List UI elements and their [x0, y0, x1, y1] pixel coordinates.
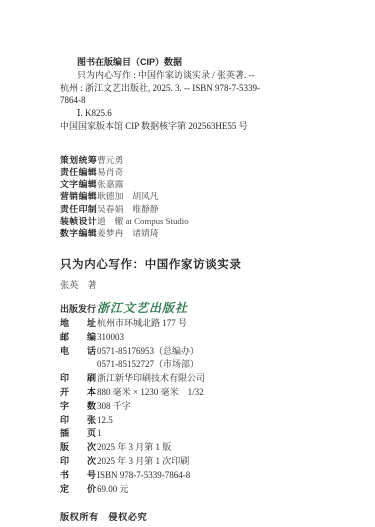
credit-value: 姜梦冉 诸婧琦: [97, 227, 159, 239]
credit-value: 张嘉露: [97, 178, 123, 190]
credit-value: 吴春娟 唯静静: [97, 203, 159, 215]
credit-label: 责任印制: [60, 203, 97, 215]
publication-row: 书 号 ISBN 978-7-5339-7864-8: [60, 469, 345, 483]
copyright-page: 图书在版编目（CIP）数据 只为内心写作 : 中国作家访谈实录 / 张英著. -…: [0, 0, 375, 527]
row-label: 版 次: [60, 441, 97, 455]
title-block: 只为内心写作：中国作家访谈实录 张英 著: [60, 256, 345, 291]
cip-block: 图书在版编目（CIP）数据 只为内心写作 : 中国作家访谈实录 / 张英著. -…: [60, 56, 345, 133]
row-value: 12.5: [97, 414, 113, 428]
row-label: 印 张: [60, 414, 97, 428]
publication-row: 版 次 2025 年 3 月第 1 版: [60, 441, 345, 455]
row-label: 邮 编: [60, 331, 97, 345]
publication-details: 出版发行 浙江文艺出版社 地 址 杭州市环城北路 177 号 邮 编 31000…: [60, 303, 345, 496]
publisher-logo: 浙江文艺出版社: [97, 302, 188, 316]
credit-row: 数字编辑 姜梦冉 诸婧琦: [60, 227, 345, 239]
publication-row: 0571-85152727（市场部）: [60, 358, 345, 372]
credit-label: 责任编辑: [60, 166, 97, 178]
row-label: 印 刷: [60, 372, 97, 386]
row-label: 地 址: [60, 317, 97, 331]
publication-row: 印 次 2025 年 3 月第 1 次印刷: [60, 455, 345, 469]
book-author: 张英 著: [60, 277, 345, 291]
credit-label: 装帧设计: [60, 215, 97, 227]
cip-line: 中国国家版本馆 CIP 数据核字第 202563HE55 号: [60, 120, 345, 133]
row-label: 定 价: [60, 483, 97, 497]
publication-row: 出版发行 浙江文艺出版社: [60, 303, 345, 317]
row-label: [60, 358, 97, 372]
credit-label: 文字编辑: [60, 178, 97, 190]
credit-row: 文字编辑 张嘉露: [60, 178, 345, 190]
credit-value: 耿德加 胡风凡: [97, 190, 159, 202]
cip-line: 7864-8: [60, 94, 345, 107]
publication-row: 电 话 0571-85176953（总编办）: [60, 345, 345, 359]
credit-row: 装帧设计 道 辙 at Compus Studio: [60, 215, 345, 227]
row-value: 2025 年 3 月第 1 次印刷: [97, 455, 189, 469]
row-label: 字 数: [60, 400, 97, 414]
credit-row: 责任编辑 易肖奇: [60, 166, 345, 178]
cip-line: Ⅰ. K825.6: [60, 107, 345, 120]
row-value: 880 毫米 × 1230 毫米 1/32: [97, 386, 204, 400]
credits-block: 策划统筹 曹元勇 责任编辑 易肖奇 文字编辑 张嘉露 营销编辑 耿德加 胡风凡 …: [60, 154, 345, 239]
credit-value: 道 辙 at Compus Studio: [97, 215, 189, 227]
publication-row: 印 张 12.5: [60, 414, 345, 428]
credit-row: 营销编辑 耿德加 胡风凡: [60, 190, 345, 202]
row-label: 印 次: [60, 455, 97, 469]
book-title: 只为内心写作：中国作家访谈实录: [60, 256, 345, 272]
row-value: 69.00 元: [97, 483, 129, 497]
row-value: 308 千字: [97, 400, 131, 414]
row-value: 1: [97, 427, 102, 441]
cip-line: 只为内心写作 : 中国作家访谈实录 / 张英著. --: [60, 69, 345, 82]
credit-row: 策划统筹 曹元勇: [60, 154, 345, 166]
credit-value: 易肖奇: [97, 166, 123, 178]
publication-row: 邮 编 310003: [60, 331, 345, 345]
copyright-notice: 版权所有 侵权必究: [60, 509, 345, 523]
cip-heading: 图书在版编目（CIP）数据: [60, 56, 345, 69]
publication-row: 插 页 1: [60, 427, 345, 441]
row-label: 插 页: [60, 427, 97, 441]
row-label: 电 话: [60, 345, 97, 359]
credit-label: 策划统筹: [60, 154, 97, 166]
credit-row: 责任印制 吴春娟 唯静静: [60, 203, 345, 215]
publication-row: 地 址 杭州市环城北路 177 号: [60, 317, 345, 331]
publication-row: 开 本 880 毫米 × 1230 毫米 1/32: [60, 386, 345, 400]
credit-label: 营销编辑: [60, 190, 97, 202]
credit-value: 曹元勇: [97, 154, 123, 166]
publication-row: 定 价 69.00 元: [60, 483, 345, 497]
row-value: ISBN 978-7-5339-7864-8: [97, 469, 190, 483]
row-value: 杭州市环城北路 177 号: [97, 317, 187, 331]
credit-label: 数字编辑: [60, 227, 97, 239]
row-value: 0571-85152727（市场部）: [97, 358, 199, 372]
row-label: 出版发行: [60, 303, 97, 317]
row-label: 开 本: [60, 386, 97, 400]
cip-line: 杭州 : 浙江文艺出版社, 2025. 3. -- ISBN 978-7-533…: [60, 82, 345, 95]
row-label: 书 号: [60, 469, 97, 483]
publication-row: 印 刷 浙江新华印刷技术有限公司: [60, 372, 345, 386]
row-value: 0571-85176953（总编办）: [97, 345, 199, 359]
row-value: 2025 年 3 月第 1 版: [97, 441, 171, 455]
row-value: 310003: [97, 331, 124, 345]
row-value: 浙江新华印刷技术有限公司: [97, 372, 205, 386]
publication-row: 字 数 308 千字: [60, 400, 345, 414]
